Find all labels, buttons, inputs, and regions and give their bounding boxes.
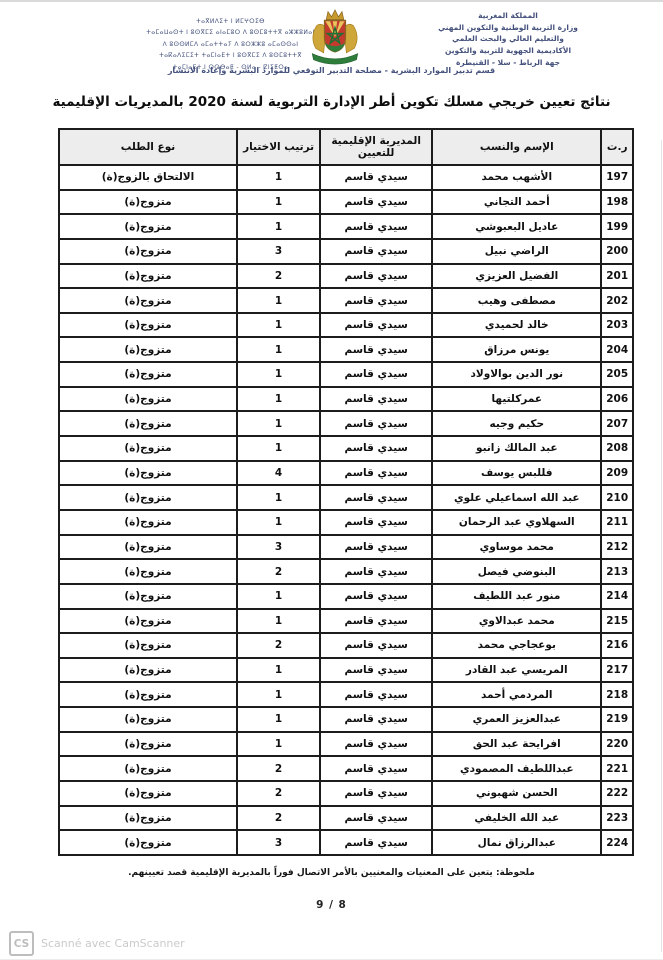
table-row: 210 عبد الله اسماعيلي علوي سيدي قاسم 1 م… [59,485,633,510]
tifinagh-line: ⵜⴰⵎⴰⵡⴰⵙⵜ ⵏ ⵓⵙⴳⵎⵉ ⴰⵏⴰⵎⵓⵔ ⴷ ⵓⵙⵎⵓⵜⵜⴳ ⴰⵣⵣⵓⵍⴰ… [138,27,323,38]
page-number: 9 / 8 [0,899,663,911]
cell-directorate: سيدي قاسم [320,806,432,831]
cell-number: 212 [601,535,633,560]
cell-number: 197 [601,165,633,190]
table-row: 201 الفضيل العزيزي سيدي قاسم 2 متزوج(ة) [59,264,633,289]
table-row: 205 نور الدين بوالاولاد سيدي قاسم 1 متزو… [59,362,633,387]
cell-choice-rank: 2 [237,633,320,658]
cell-directorate: سيدي قاسم [320,732,432,757]
table-row: 204 يونس مرزاق سيدي قاسم 1 متزوج(ة) [59,337,633,362]
cell-name: المردمي أحمد [432,682,601,707]
cell-choice-rank: 2 [237,781,320,806]
cell-name: خالد لحميدي [432,313,601,338]
cell-request-type: متزوج(ة) [59,510,237,535]
letterhead-arabic-line: المملكة المغربية [423,10,593,22]
cell-choice-rank: 1 [237,411,320,436]
camscanner-text: Scanné avec CamScanner [41,937,185,950]
cell-name: عبدالرزاق نمال [432,830,601,855]
cell-name: عبداللطيف المصمودي [432,756,601,781]
cell-name: نور الدين بوالاولاد [432,362,601,387]
cell-request-type: متزوج(ة) [59,559,237,584]
letterhead-arabic-line: والتعليم العالي والبحث العلمي [423,33,593,45]
cell-choice-rank: 1 [237,165,320,190]
cell-request-type: متزوج(ة) [59,830,237,855]
table-row: 217 المريسي عبد القادر سيدي قاسم 1 متزوج… [59,658,633,683]
cell-choice-rank: 2 [237,559,320,584]
cell-request-type: متزوج(ة) [59,239,237,264]
table-row: 218 المردمي أحمد سيدي قاسم 1 متزوج(ة) [59,682,633,707]
cell-number: 218 [601,682,633,707]
cell-number: 199 [601,214,633,239]
cell-directorate: سيدي قاسم [320,362,432,387]
table-row: 200 الراضي نبيل سيدي قاسم 3 متزوج(ة) [59,239,633,264]
col-header-choice-rank: ترتيب الاختيار [237,129,320,165]
table-row: 216 بوعجاجي محمد سيدي قاسم 2 متزوج(ة) [59,633,633,658]
cell-name: الراضي نبيل [432,239,601,264]
cell-number: 203 [601,313,633,338]
cell-request-type: متزوج(ة) [59,362,237,387]
letterhead-arabic-block: المملكة المغربيةوزارة التربية الوطنية وا… [423,10,593,68]
scan-edge-right [661,140,662,952]
cell-number: 217 [601,658,633,683]
cell-choice-rank: 2 [237,806,320,831]
cell-request-type: متزوج(ة) [59,707,237,732]
cell-choice-rank: 3 [237,535,320,560]
cell-name: محمد موساوي [432,535,601,560]
cell-choice-rank: 1 [237,190,320,215]
cell-directorate: سيدي قاسم [320,830,432,855]
morocco-coat-of-arms-icon [307,5,363,69]
cell-request-type: متزوج(ة) [59,190,237,215]
table-row: 215 محمد عبدالاوي سيدي قاسم 1 متزوج(ة) [59,609,633,634]
cell-name: المريسي عبد القادر [432,658,601,683]
cell-number: 198 [601,190,633,215]
table-row: 220 افرايحة عبد الحق سيدي قاسم 1 متزوج(ة… [59,732,633,757]
document-title: نتائج تعيين خريجي مسلك تكوين أطر الإدارة… [0,94,663,110]
cell-number: 206 [601,387,633,412]
results-table: ر.ت الإسم والنسب المديرية الإقليمية للتع… [58,128,634,856]
cell-name: عبد الله اسماعيلي علوي [432,485,601,510]
tifinagh-line: ⴷ ⵓⵙⵙⵍⵎⴷ ⴰⵎⴰⵜⵜⴰⵢ ⴷ ⵓⵔⵣⵣⵓ ⴰⵎⴰⵙⵙⴰⵏ [138,39,323,50]
cell-number: 216 [601,633,633,658]
cell-number: 215 [601,609,633,634]
footnote: ملحوظة: يتعين على المعنيات والمعنيين بال… [0,868,663,878]
cell-number: 213 [601,559,633,584]
cell-name: الحسن شهبوني [432,781,601,806]
cell-request-type: متزوج(ة) [59,806,237,831]
cell-directorate: سيدي قاسم [320,165,432,190]
cell-request-type: متزوج(ة) [59,609,237,634]
table-row: 214 منور عبد اللطيف سيدي قاسم 1 متزوج(ة) [59,584,633,609]
cell-choice-rank: 3 [237,830,320,855]
scanned-document-page: ⵜⴰⴳⵍⴷⵉⵜ ⵏ ⵍⵎⵖⵔⵉⴱⵜⴰⵎⴰⵡⴰⵙⵜ ⵏ ⵓⵙⴳⵎⵉ ⴰⵏⴰⵎⵓⵔ … [0,0,663,960]
table-row: 209 فللبس يوسف سيدي قاسم 4 متزوج(ة) [59,461,633,486]
cell-number: 223 [601,806,633,831]
cell-directorate: سيدي قاسم [320,707,432,732]
cell-directorate: سيدي قاسم [320,756,432,781]
letterhead-arabic-line: الأكاديمية الجهوية للتربية والتكوين [423,45,593,57]
cell-directorate: سيدي قاسم [320,387,432,412]
cell-number: 211 [601,510,633,535]
cell-directorate: سيدي قاسم [320,411,432,436]
cell-number: 201 [601,264,633,289]
letterhead-tifinagh-block: ⵜⴰⴳⵍⴷⵉⵜ ⵏ ⵍⵎⵖⵔⵉⴱⵜⴰⵎⴰⵡⴰⵙⵜ ⵏ ⵓⵙⴳⵎⵉ ⴰⵏⴰⵎⵓⵔ … [138,16,323,73]
table-row: 202 مصطفى وهيب سيدي قاسم 1 متزوج(ة) [59,288,633,313]
table-row: 207 حكيم وجيه سيدي قاسم 1 متزوج(ة) [59,411,633,436]
letterhead-arabic-line: وزارة التربية الوطنية والتكوين المهني [423,22,593,34]
cell-choice-rank: 1 [237,436,320,461]
cell-name: عبد المالك زانبو [432,436,601,461]
cell-number: 208 [601,436,633,461]
scan-edge-top [0,0,663,2]
table-row: 206 عمركلتيها سيدي قاسم 1 متزوج(ة) [59,387,633,412]
cell-request-type: متزوج(ة) [59,781,237,806]
cell-request-type: متزوج(ة) [59,535,237,560]
table-row: 212 محمد موساوي سيدي قاسم 3 متزوج(ة) [59,535,633,560]
cell-name: عمركلتيها [432,387,601,412]
cell-number: 222 [601,781,633,806]
cell-name: عبد الله الخليفي [432,806,601,831]
footnote-label: ملحوظة: [496,868,535,878]
table-row: 221 عبداللطيف المصمودي سيدي قاسم 2 متزوج… [59,756,633,781]
cell-name: مصطفى وهيب [432,288,601,313]
cell-directorate: سيدي قاسم [320,510,432,535]
cell-number: 224 [601,830,633,855]
cell-directorate: سيدي قاسم [320,535,432,560]
cell-directorate: سيدي قاسم [320,461,432,486]
table-row: 199 عاديل البعبوشي سيدي قاسم 1 متزوج(ة) [59,214,633,239]
cell-choice-rank: 1 [237,584,320,609]
table-row: 208 عبد المالك زانبو سيدي قاسم 1 متزوج(ة… [59,436,633,461]
cell-directorate: سيدي قاسم [320,781,432,806]
cell-name: حكيم وجيه [432,411,601,436]
table-row: 197 الأشهب محمد سيدي قاسم 1 الالتحاق بال… [59,165,633,190]
cell-choice-rank: 1 [237,387,320,412]
cell-choice-rank: 1 [237,313,320,338]
table-row: 213 البنوضي فيصل سيدي قاسم 2 متزوج(ة) [59,559,633,584]
camscanner-watermark: CS Scanné avec CamScanner [9,931,185,956]
cell-number: 210 [601,485,633,510]
cell-directorate: سيدي قاسم [320,288,432,313]
table-row: 222 الحسن شهبوني سيدي قاسم 2 متزوج(ة) [59,781,633,806]
cell-directorate: سيدي قاسم [320,313,432,338]
cell-choice-rank: 3 [237,239,320,264]
cell-name: يونس مرزاق [432,337,601,362]
cell-directorate: سيدي قاسم [320,682,432,707]
cell-directorate: سيدي قاسم [320,559,432,584]
cell-directorate: سيدي قاسم [320,214,432,239]
cell-directorate: سيدي قاسم [320,658,432,683]
cell-choice-rank: 2 [237,264,320,289]
letterhead-division-line: قسم تدبير الموارد البشرية - مصلحة التدبي… [0,66,663,75]
cell-name: بوعجاجي محمد [432,633,601,658]
cell-number: 202 [601,288,633,313]
cell-number: 207 [601,411,633,436]
cell-request-type: متزوج(ة) [59,436,237,461]
cell-directorate: سيدي قاسم [320,190,432,215]
cell-directorate: سيدي قاسم [320,436,432,461]
cell-number: 221 [601,756,633,781]
cell-choice-rank: 1 [237,214,320,239]
cell-choice-rank: 1 [237,682,320,707]
cell-choice-rank: 4 [237,461,320,486]
cell-number: 204 [601,337,633,362]
cell-name: عاديل البعبوشي [432,214,601,239]
cell-directorate: سيدي قاسم [320,609,432,634]
cell-directorate: سيدي قاسم [320,337,432,362]
cell-choice-rank: 1 [237,658,320,683]
cell-choice-rank: 1 [237,337,320,362]
cell-directorate: سيدي قاسم [320,584,432,609]
cell-request-type: متزوج(ة) [59,461,237,486]
cell-name: عبدالعزيز العمري [432,707,601,732]
cell-request-type: متزوج(ة) [59,288,237,313]
cell-directorate: سيدي قاسم [320,633,432,658]
table-row: 223 عبد الله الخليفي سيدي قاسم 2 متزوج(ة… [59,806,633,831]
table-row: 203 خالد لحميدي سيدي قاسم 1 متزوج(ة) [59,313,633,338]
cell-number: 214 [601,584,633,609]
cell-name: السهلاوي عبد الرحمان [432,510,601,535]
footnote-text: يتعين على المعنيات والمعنيين بالأمر الات… [128,868,493,878]
cell-request-type: متزوج(ة) [59,682,237,707]
col-header-number: ر.ت [601,129,633,165]
cell-name: البنوضي فيصل [432,559,601,584]
cell-choice-rank: 1 [237,707,320,732]
table-row: 219 عبدالعزيز العمري سيدي قاسم 1 متزوج(ة… [59,707,633,732]
cell-number: 219 [601,707,633,732]
cell-request-type: متزوج(ة) [59,633,237,658]
cell-choice-rank: 1 [237,510,320,535]
cell-number: 209 [601,461,633,486]
cell-request-type: متزوج(ة) [59,485,237,510]
cell-request-type: متزوج(ة) [59,337,237,362]
table-header-row: ر.ت الإسم والنسب المديرية الإقليمية للتع… [59,129,633,165]
cell-directorate: سيدي قاسم [320,485,432,510]
cell-choice-rank: 1 [237,362,320,387]
col-header-name: الإسم والنسب [432,129,601,165]
cell-request-type: متزوج(ة) [59,214,237,239]
cell-name: الأشهب محمد [432,165,601,190]
table-row: 211 السهلاوي عبد الرحمان سيدي قاسم 1 متز… [59,510,633,535]
cell-name: افرايحة عبد الحق [432,732,601,757]
tifinagh-line: ⵜⴰⴽⴰⴷⵉⵎⵉⵜ ⵜⴰⵎⵏⴰⴹⵜ ⵏ ⵓⵙⴳⵎⵉ ⴷ ⵓⵙⵎⵓⵜⵜⴳ [138,50,323,61]
cell-request-type: متزوج(ة) [59,732,237,757]
cell-request-type: متزوج(ة) [59,264,237,289]
table-row: 224 عبدالرزاق نمال سيدي قاسم 3 متزوج(ة) [59,830,633,855]
col-header-directorate: المديرية الإقليمية للتعيين [320,129,432,165]
cell-name: فللبس يوسف [432,461,601,486]
cell-directorate: سيدي قاسم [320,264,432,289]
cell-choice-rank: 1 [237,485,320,510]
cell-request-type: متزوج(ة) [59,658,237,683]
cell-number: 220 [601,732,633,757]
cell-request-type: متزوج(ة) [59,313,237,338]
cell-name: محمد عبدالاوي [432,609,601,634]
cell-choice-rank: 1 [237,609,320,634]
cell-number: 200 [601,239,633,264]
cell-choice-rank: 1 [237,288,320,313]
cell-number: 205 [601,362,633,387]
cell-request-type: متزوج(ة) [59,411,237,436]
cell-name: منور عبد اللطيف [432,584,601,609]
cell-choice-rank: 2 [237,756,320,781]
tifinagh-line: ⵜⴰⴳⵍⴷⵉⵜ ⵏ ⵍⵎⵖⵔⵉⴱ [138,16,323,27]
col-header-request-type: نوع الطلب [59,129,237,165]
cell-name: أحمد التجاني [432,190,601,215]
cell-name: الفضيل العزيزي [432,264,601,289]
cell-directorate: سيدي قاسم [320,239,432,264]
table-row: 198 أحمد التجاني سيدي قاسم 1 متزوج(ة) [59,190,633,215]
cell-choice-rank: 1 [237,732,320,757]
cell-request-type: متزوج(ة) [59,756,237,781]
cell-request-type: متزوج(ة) [59,584,237,609]
cell-request-type: متزوج(ة) [59,387,237,412]
camscanner-logo-icon: CS [9,931,34,956]
cell-request-type: الالتحاق بالزوج(ة) [59,165,237,190]
